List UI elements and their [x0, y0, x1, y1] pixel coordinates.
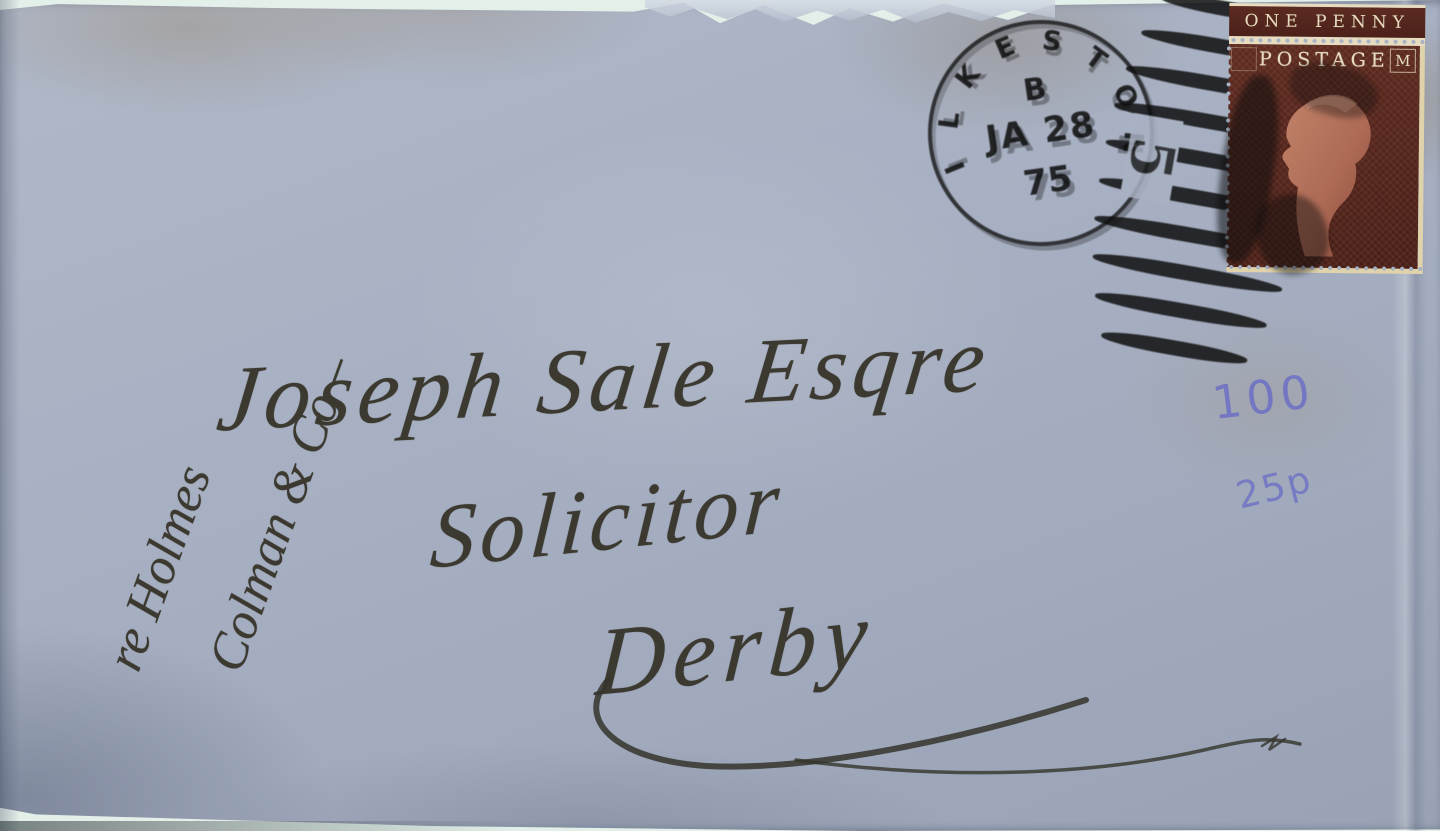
postmark-town-letter: S — [1040, 25, 1063, 58]
postage-stamp: ONE PENNY POSTAGE M — [1227, 3, 1426, 274]
perforation-bottom — [1227, 263, 1423, 273]
envelope-bottom-shadow — [0, 821, 520, 831]
fragment-text: ONE PENNY — [1244, 11, 1410, 33]
flourish-underline — [556, 660, 1336, 790]
corner-letter-left — [1231, 47, 1257, 71]
corner-letter-right: M — [1390, 49, 1416, 73]
paper-crease-left — [0, 0, 20, 831]
scanned-envelope: Joseph Sale Esqre Solicitor Derby re Hol… — [0, 0, 1440, 831]
killer-bar — [1094, 288, 1268, 333]
killer-number: 5 — [1115, 133, 1189, 185]
penny-red-stamp: POSTAGE M — [1227, 44, 1425, 274]
adjoining-stamp-fragment: ONE PENNY — [1229, 3, 1425, 38]
